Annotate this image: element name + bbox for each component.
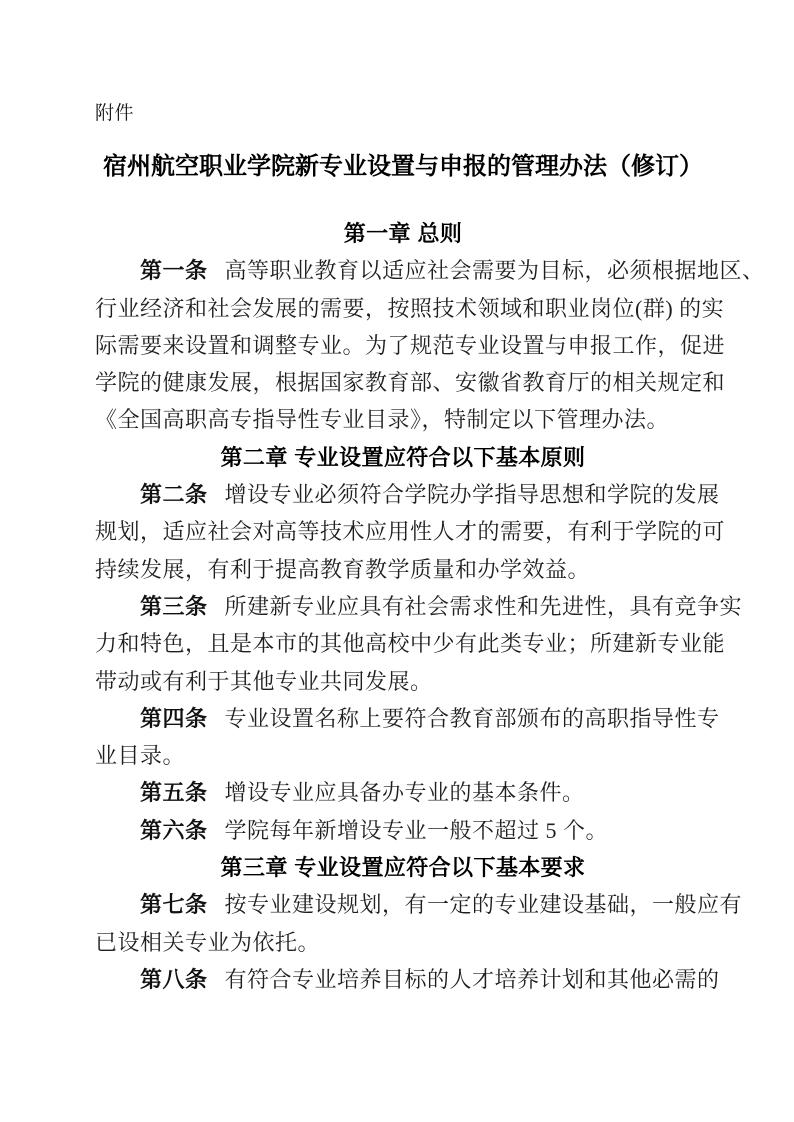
chapter-heading: 第二章 专业设置应符合以下基本原则 — [95, 439, 744, 476]
article-line: 学院的健康发展，根据国家教育部、安徽省教育厅的相关规定和 — [95, 364, 744, 401]
article-text: 高等职业教育以适应社会需要为目标，必须根据地区、 — [225, 258, 765, 283]
article-number: 第五条 — [140, 780, 208, 805]
article-line: 业目录。 — [95, 737, 744, 774]
attachment-label: 附件 — [95, 102, 744, 126]
article-first-line: 第八条有符合专业培养目标的人才培养计划和其他必需的 — [95, 961, 744, 998]
article-first-line: 第二条增设专业必须符合学院办学指导思想和学院的发展 — [95, 476, 744, 513]
article-text: 增设专业应具备办专业的基本条件。 — [225, 780, 585, 805]
page-content: 附件 宿州航空职业学院新专业设置与申报的管理办法（修订） 第一章 总则第一条高等… — [0, 0, 794, 998]
article-line: 《全国高职高专指导性专业目录》，特制定以下管理办法。 — [95, 401, 744, 438]
chapter-heading: 第三章 专业设置应符合以下基本要求 — [95, 849, 744, 886]
article-number: 第一条 — [140, 258, 208, 283]
article-text: 增设专业必须符合学院办学指导思想和学院的发展 — [225, 482, 720, 507]
article-line: 带动或有利于其他专业共同发展。 — [95, 663, 744, 700]
article-line: 际需要来设置和调整专业。为了规范专业设置与申报工作，促进 — [95, 327, 744, 364]
article-first-line: 第五条增设专业应具备办专业的基本条件。 — [95, 774, 744, 811]
document-title: 宿州航空职业学院新专业设置与申报的管理办法（修订） — [95, 151, 711, 184]
article-number: 第四条 — [140, 706, 208, 731]
article-first-line: 第一条高等职业教育以适应社会需要为目标，必须根据地区、 — [95, 252, 744, 289]
article-text: 按专业建设规划，有一定的专业建设基础，一般应有 — [225, 892, 743, 917]
article-text: 学院每年新增设专业一般不超过 5 个。 — [225, 818, 609, 843]
article-line: 规划，适应社会对高等技术应用性人才的需要，有利于学院的可 — [95, 513, 744, 550]
article-number: 第六条 — [140, 818, 208, 843]
article-number: 第二条 — [140, 482, 208, 507]
article-text: 所建新专业应具有社会需求性和先进性，具有竞争实 — [225, 594, 743, 619]
article-line: 力和特色，且是本市的其他高校中少有此类专业；所建新专业能 — [95, 625, 744, 662]
article-number: 第八条 — [140, 967, 208, 992]
article-number: 第三条 — [140, 594, 208, 619]
article-number: 第七条 — [140, 892, 208, 917]
article-line: 行业经济和社会发展的需要，按照技术领域和职业岗位(群) 的实 — [95, 290, 744, 327]
article-text: 有符合专业培养目标的人才培养计划和其他必需的 — [225, 967, 720, 992]
document-page: 附件 宿州航空职业学院新专业设置与申报的管理办法（修订） 第一章 总则第一条高等… — [0, 0, 794, 1122]
article-line: 持续发展，有利于提高教育教学质量和办学效益。 — [95, 551, 744, 588]
article-first-line: 第六条学院每年新增设专业一般不超过 5 个。 — [95, 812, 744, 849]
article-first-line: 第四条专业设置名称上要符合教育部颁布的高职指导性专 — [95, 700, 744, 737]
article-first-line: 第三条所建新专业应具有社会需求性和先进性，具有竞争实 — [95, 588, 744, 625]
article-first-line: 第七条按专业建设规划，有一定的专业建设基础，一般应有 — [95, 886, 744, 923]
article-text: 专业设置名称上要符合教育部颁布的高职指导性专 — [225, 706, 720, 731]
document-body: 第一章 总则第一条高等职业教育以适应社会需要为目标，必须根据地区、行业经济和社会… — [95, 215, 744, 998]
chapter-heading: 第一章 总则 — [95, 215, 744, 252]
article-line: 已设相关专业为依托。 — [95, 924, 744, 961]
